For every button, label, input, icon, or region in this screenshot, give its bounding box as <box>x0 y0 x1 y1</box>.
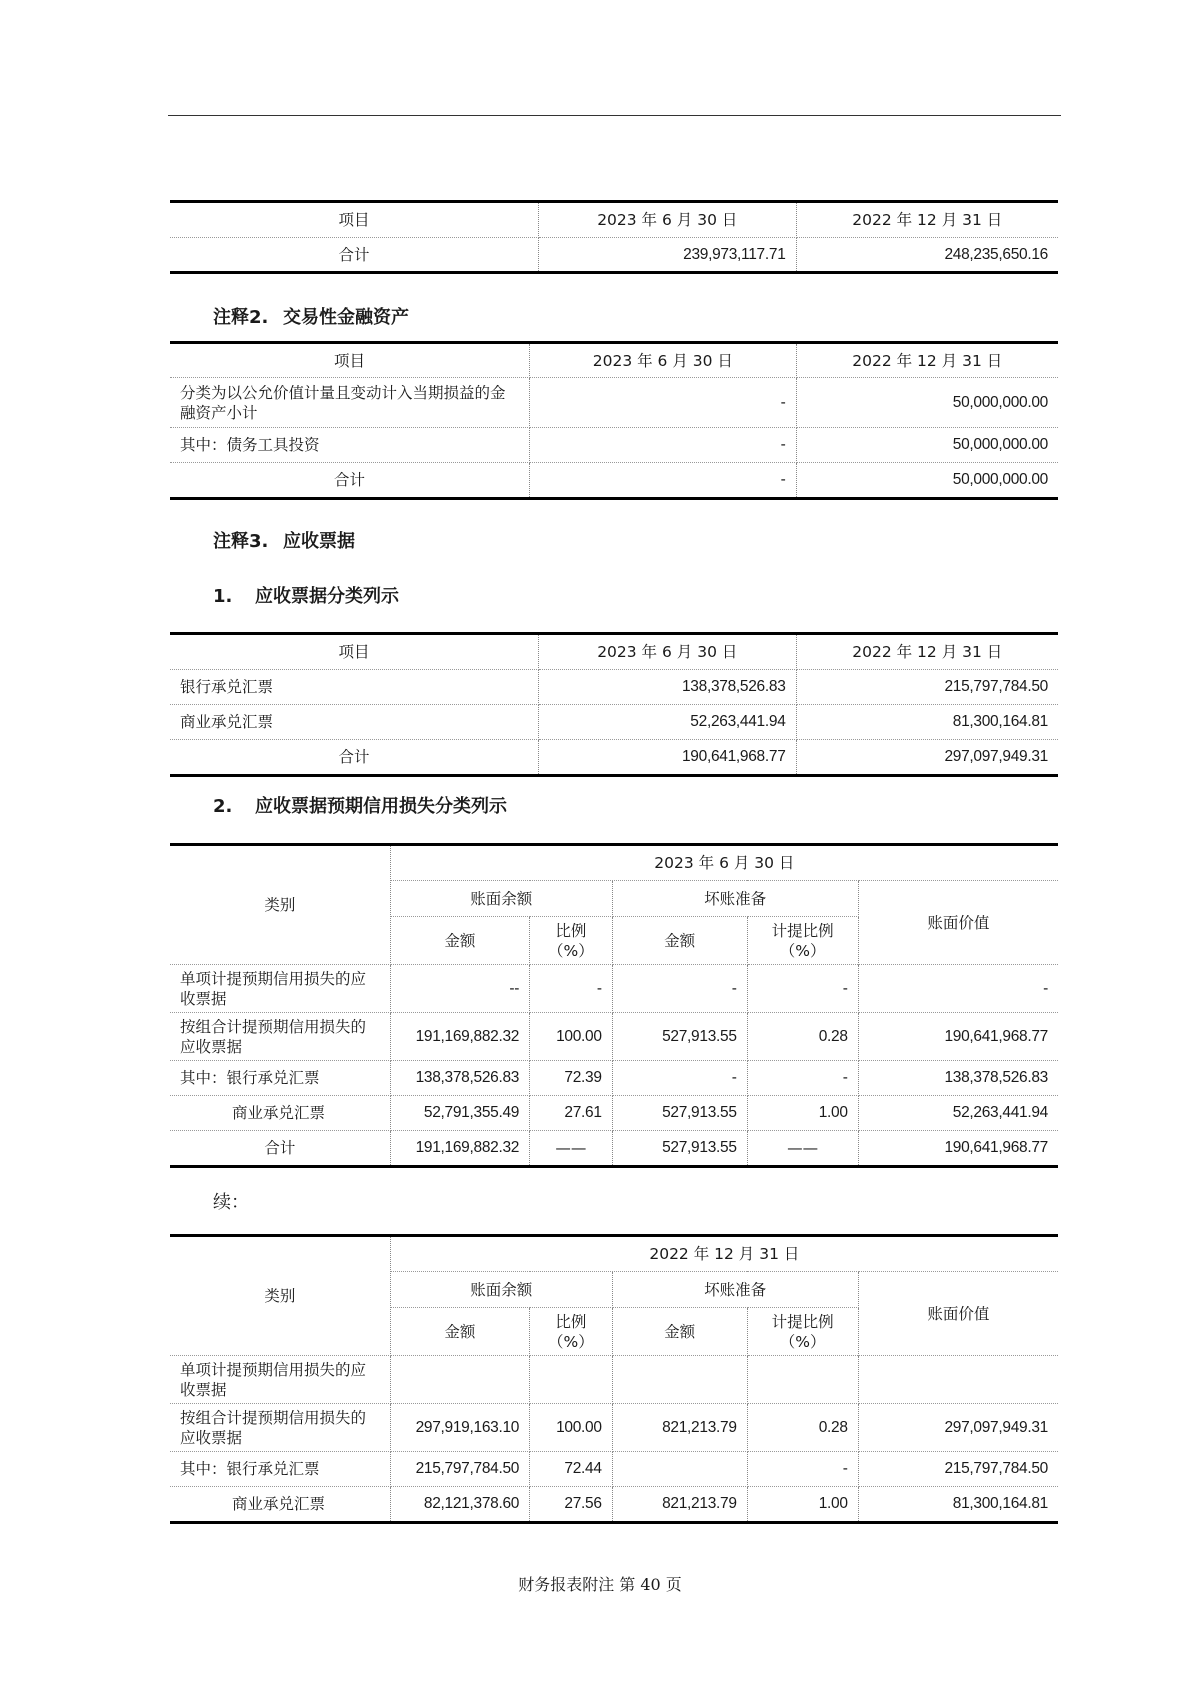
col-header-bad-debt: 坏账准备 <box>612 1272 858 1308</box>
section1-heading: 1.应收票据分类列示 <box>213 582 399 608</box>
note2-table: 项目 2023 年 6 月 30 日 2022 年 12 月 31 日 分类为以… <box>170 341 1058 500</box>
table-row: 其中：银行承兑汇票 215,797,784.50 72.44 - 215,797… <box>170 1452 1058 1487</box>
table-row: 银行承兑汇票 138,378,526.83 215,797,784.50 <box>170 670 1058 705</box>
continued-label: 续： <box>213 1188 249 1214</box>
col-header-item: 项目 <box>170 634 539 670</box>
col-header-amount: 金额 <box>390 917 529 965</box>
col-header-2022: 2022 年 12 月 31 日 <box>796 634 1058 670</box>
col-header-provision-ratio: 计提比例（%） <box>747 1308 858 1356</box>
col-header-ratio: 比例（%） <box>530 917 613 965</box>
col-header-amount: 金额 <box>390 1308 529 1356</box>
table-row: 其中：银行承兑汇票 138,378,526.83 72.39 - - 138,3… <box>170 1061 1058 1096</box>
col-header-ratio: 比例（%） <box>530 1308 613 1356</box>
ecl-table-2023: 类别 2023 年 6 月 30 日 账面余额 坏账准备 账面价值 金额 比例（… <box>170 843 1058 1168</box>
col-header-2023: 2023 年 6 月 30 日 <box>530 343 796 378</box>
col-header-book-balance: 账面余额 <box>390 881 612 917</box>
table-row: 商业承兑汇票 52,263,441.94 81,300,164.81 <box>170 705 1058 740</box>
col-header-book-value: 账面价值 <box>858 1272 1058 1356</box>
col-header-bad-amount: 金额 <box>612 1308 747 1356</box>
notes-receivable-table: 项目 2023 年 6 月 30 日 2022 年 12 月 31 日 银行承兑… <box>170 632 1058 777</box>
col-header-2023: 2023 年 6 月 30 日 <box>539 202 797 238</box>
page-footer: 财务报表附注 第 40 页 <box>0 1572 1200 1595</box>
table-row: 合计 190,641,968.77 297,097,949.31 <box>170 740 1058 776</box>
col-header-book-value: 账面价值 <box>858 881 1058 965</box>
table-row: 按组合计提预期信用损失的应收票据 191,169,882.32 100.00 5… <box>170 1013 1058 1061</box>
col-header-date: 2023 年 6 月 30 日 <box>390 845 1058 881</box>
col-header-2023: 2023 年 6 月 30 日 <box>539 634 797 670</box>
col-header-2022: 2022 年 12 月 31 日 <box>796 202 1058 238</box>
section2-heading: 2.应收票据预期信用损失分类列示 <box>213 792 507 818</box>
table-row: 按组合计提预期信用损失的应收票据 297,919,163.10 100.00 8… <box>170 1404 1058 1452</box>
ecl-table-2022: 类别 2022 年 12 月 31 日 账面余额 坏账准备 账面价值 金额 比例… <box>170 1234 1058 1524</box>
col-header-category: 类别 <box>170 845 390 965</box>
col-header-category: 类别 <box>170 1236 390 1356</box>
page-header-rule <box>168 115 1061 116</box>
col-header-book-balance: 账面余额 <box>390 1272 612 1308</box>
table-row: 商业承兑汇票 52,791,355.49 27.61 527,913.55 1.… <box>170 1096 1058 1131</box>
table-row: 单项计提预期信用损失的应收票据 -- - - - - <box>170 965 1058 1013</box>
col-header-bad-amount: 金额 <box>612 917 747 965</box>
table-row: 单项计提预期信用损失的应收票据 <box>170 1356 1058 1404</box>
table-row: 其中：债务工具投资 - 50,000,000.00 <box>170 428 1058 463</box>
col-header-date: 2022 年 12 月 31 日 <box>390 1236 1058 1272</box>
table-row: 合计 239,973,117.71 248,235,650.16 <box>170 238 1058 273</box>
table-row: 商业承兑汇票 82,121,378.60 27.56 821,213.79 1.… <box>170 1487 1058 1523</box>
table-row: 合计 - 50,000,000.00 <box>170 463 1058 499</box>
note2-heading: 注释2.交易性金融资产 <box>213 303 409 329</box>
col-header-2022: 2022 年 12 月 31 日 <box>796 343 1058 378</box>
table-row: 合计 191,169,882.32 —— 527,913.55 —— 190,6… <box>170 1131 1058 1167</box>
col-header-item: 项目 <box>170 202 539 238</box>
col-header-item: 项目 <box>170 343 530 378</box>
carryover-table: 项目 2023 年 6 月 30 日 2022 年 12 月 31 日 合计 2… <box>170 200 1058 274</box>
col-header-bad-debt: 坏账准备 <box>612 881 858 917</box>
table-row: 分类为以公允价值计量且变动计入当期损益的金融资产小计 - 50,000,000.… <box>170 378 1058 428</box>
note3-heading: 注释3.应收票据 <box>213 527 355 553</box>
col-header-provision-ratio: 计提比例（%） <box>747 917 858 965</box>
